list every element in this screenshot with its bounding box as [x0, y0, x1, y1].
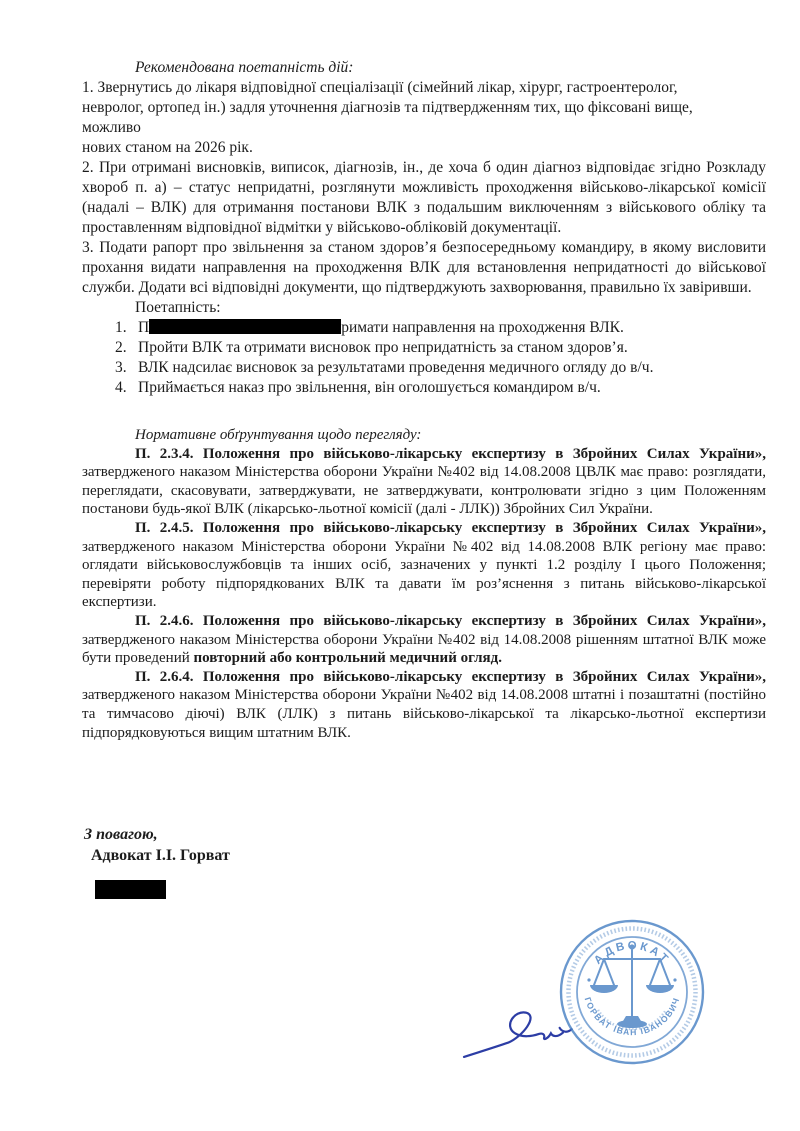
norm3-lead: П. 2.4.6. Положення про військово-лікарс…: [135, 613, 766, 629]
norm3-tail: повторний або контрольний медичний огляд…: [194, 650, 503, 666]
stamp-separator-dot: [673, 978, 676, 981]
document-page: Рекомендована поетапність дій: 1. Зверну…: [0, 0, 800, 1131]
closing-respect: З повагою,: [84, 824, 230, 845]
step-number: 2.: [115, 338, 138, 358]
step-text: Пройти ВЛК та отримати висновок про непр…: [138, 338, 766, 358]
step-text: Примати направлення на проходження ВЛК.: [138, 318, 766, 338]
norm1-body: затвердженого наказом Міністерства оборо…: [82, 464, 766, 517]
list-item: 2. Пройти ВЛК та отримати висновок про н…: [115, 338, 766, 358]
signature-stroke: [462, 1010, 564, 1057]
letter-body: Рекомендована поетапність дій: 1. Зверну…: [82, 58, 766, 742]
list-item: 1. Примати направлення на проходження ВЛ…: [115, 318, 766, 338]
recommended-steps-heading: Рекомендована поетапність дій:: [82, 58, 766, 78]
closing-block: З повагою, Адвокат І.І. Горват: [84, 824, 230, 866]
step-text: Приймається наказ про звільнення, він ог…: [138, 378, 766, 398]
paragraph-1: 1. Звернутись до лікаря відповідної спец…: [82, 78, 766, 158]
norm4-body: затвердженого наказом Міністерства оборо…: [82, 687, 766, 740]
step-number: 4.: [115, 378, 138, 398]
step-text: ВЛК надсилає висновок за результатами пр…: [138, 358, 766, 378]
norm1-lead: П. 2.3.4. Положення про військово-лікарс…: [135, 446, 766, 462]
paragraph-2: 2. При отримані висновків, виписок, діаг…: [82, 158, 766, 238]
norm-paragraph-2: П. 2.4.5. Положення про військово-лікарс…: [82, 519, 766, 612]
steps-heading: Поетапність:: [82, 298, 766, 318]
norm-paragraph-4: П. 2.6.4. Положення про військово-лікарс…: [82, 668, 766, 742]
steps-list: 1. Примати направлення на проходження ВЛ…: [82, 318, 766, 398]
step1-prefix: П: [138, 319, 149, 336]
stamp-separator-dot: [587, 978, 590, 981]
normative-section: Нормативне обґрунтування щодо перегляду:…: [82, 426, 766, 742]
closing-signatory-name: Адвокат І.І. Горват: [84, 845, 230, 866]
norm2-lead: П. 2.4.5. Положення про військово-лікарс…: [135, 520, 766, 536]
norm4-lead: П. 2.6.4. Положення про військово-лікарс…: [135, 669, 766, 685]
norm-paragraph-1: П. 2.3.4. Положення про військово-лікарс…: [82, 445, 766, 519]
norm2-body: затвердженого наказом Міністерства оборо…: [82, 539, 766, 611]
advocate-stamp: АДВОКАТ ГОРВАТ ІВАН ІВАНОВИЧ: [556, 916, 708, 1068]
paragraph-3: 3. Подати рапорт про звільнення за стано…: [82, 238, 766, 298]
step-number: 3.: [115, 358, 138, 378]
norm-paragraph-3: П. 2.4.6. Положення про військово-лікарс…: [82, 612, 766, 668]
section-spacer: [82, 398, 766, 426]
normative-heading: Нормативне обґрунтування щодо перегляду:: [82, 426, 766, 445]
list-item: 3. ВЛК надсилає висновок за результатами…: [115, 358, 766, 378]
redaction-box: [95, 880, 166, 899]
redaction-box: [149, 319, 341, 334]
step1-suffix: римати направлення на проходження ВЛК.: [341, 319, 624, 336]
list-item: 4. Приймається наказ про звільнення, він…: [115, 378, 766, 398]
step-number: 1.: [115, 318, 138, 338]
